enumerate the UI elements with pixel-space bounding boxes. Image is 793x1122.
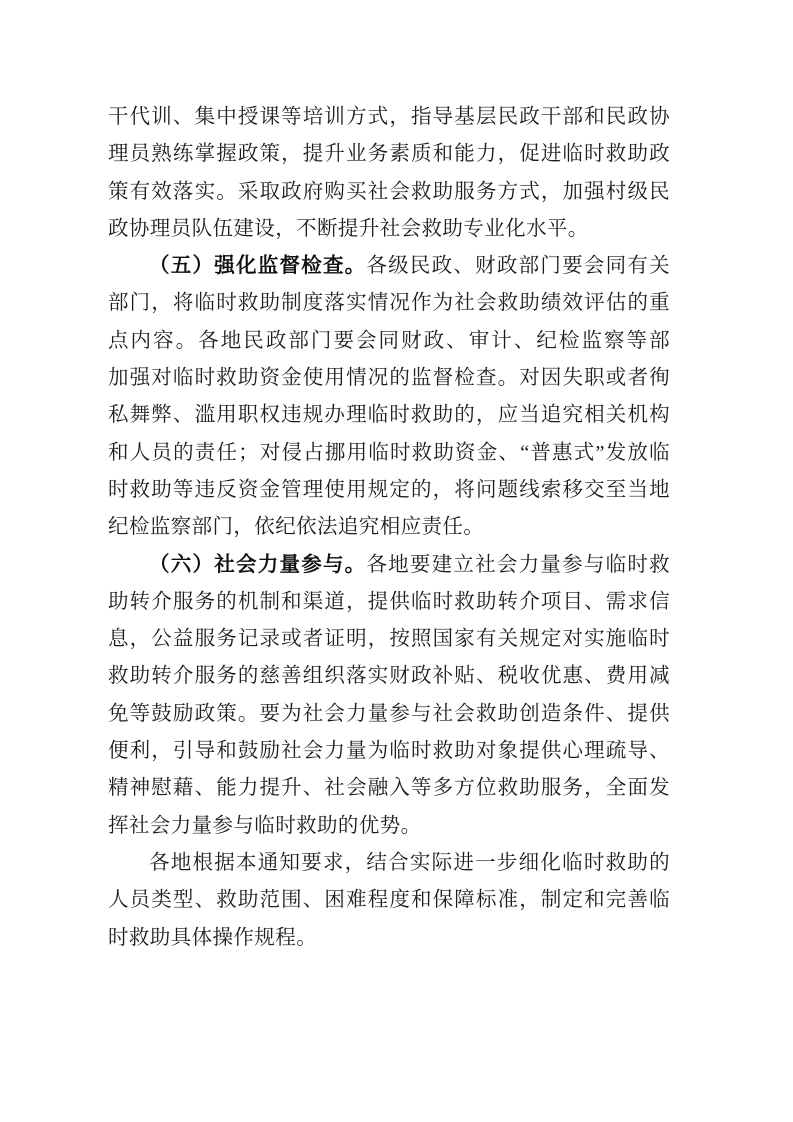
document-text-block: 干代训、集中授课等培训方式，指导基层民政干部和民政协理员熟练掌握政策，提升业务素… — [108, 99, 670, 957]
text-line: 理员熟练掌握政策，提升业务素质和能力，促进临时救助政 — [108, 136, 670, 173]
text-segment: 干代训、集中授课等培训方式，指导基层民政干部和民政协 — [108, 106, 670, 128]
text-segment: 精神慰藉、能力提升、社会融入等多方位救助服务，全面发 — [108, 777, 670, 799]
text-segment: 各地要建立社会力量参与临时救 — [366, 554, 670, 576]
text-segment: 部门，将临时救助制度落实情况作为社会救助绩效评估的重 — [108, 292, 670, 314]
text-segment: 纪检监察部门，依纪依法追究相应责任。 — [108, 516, 484, 538]
text-line: 助转介服务的机制和渠道，提供临时救助转介项目、需求信 — [108, 584, 670, 621]
text-segment: 各级民政、财政部门要会同有关 — [366, 255, 670, 277]
section-5-paragraph: （五）强化监督检查。各级民政、财政部门要会同有关部门，将临时救助制度落实情况作为… — [108, 248, 670, 546]
text-line: 时救助等违反资金管理使用规定的，将问题线索移交至当地 — [108, 472, 670, 509]
closing-paragraph: 各地根据本通知要求，结合实际进一步细化临时救助的人员类型、救助范围、困难程度和保… — [108, 845, 670, 957]
text-segment: 私舞弊、滥用职权违规办理临时救助的，应当追究相关机构 — [108, 404, 670, 426]
text-segment: 时救助具体操作规程。 — [108, 927, 317, 949]
text-line: 点内容。各地民政部门要会同财政、审计、纪检监察等部门， — [108, 323, 670, 360]
text-line: 私舞弊、滥用职权违规办理临时救助的，应当追究相关机构 — [108, 397, 670, 434]
text-segment: 救助转介服务的慈善组织落实财政补贴、税收优惠、费用减 — [108, 665, 670, 687]
document-page: 干代训、集中授课等培训方式，指导基层民政干部和民政协理员熟练掌握政策，提升业务素… — [0, 0, 793, 1122]
continuation-paragraph: 干代训、集中授课等培训方式，指导基层民政干部和民政协理员熟练掌握政策，提升业务素… — [108, 99, 670, 248]
text-line: 救助转介服务的慈善组织落实财政补贴、税收优惠、费用减 — [108, 658, 670, 695]
text-segment: 各地根据本通知要求，结合实际进一步细化临时救助的 — [149, 852, 670, 874]
text-line: 各地根据本通知要求，结合实际进一步细化临时救助的 — [108, 845, 670, 882]
text-line: 加强对临时救助资金使用情况的监督检查。对因失职或者徇 — [108, 360, 670, 397]
text-segment: 政协理员队伍建设，不断提升社会救助专业化水平。 — [108, 218, 589, 240]
text-segment: 息，公益服务记录或者证明，按照国家有关规定对实施临时 — [108, 628, 670, 650]
text-segment: 时救助等违反资金管理使用规定的，将问题线索移交至当地 — [108, 479, 670, 501]
text-segment: 策有效落实。采取政府购买社会救助服务方式，加强村级民 — [108, 181, 670, 203]
section-heading: （五）强化监督检查。 — [149, 255, 366, 277]
section-heading: （六）社会力量参与。 — [149, 554, 366, 576]
text-line: 便利，引导和鼓励社会力量为临时救助对象提供心理疏导、 — [108, 733, 670, 770]
text-segment: 挥社会力量参与临时救助的优势。 — [108, 815, 422, 837]
text-line: 息，公益服务记录或者证明，按照国家有关规定对实施临时 — [108, 621, 670, 658]
text-line: 策有效落实。采取政府购买社会救助服务方式，加强村级民 — [108, 174, 670, 211]
section-6-paragraph: （六）社会力量参与。各地要建立社会力量参与临时救助转介服务的机制和渠道，提供临时… — [108, 547, 670, 845]
text-line: 免等鼓励政策。要为社会力量参与社会救助创造条件、提供 — [108, 696, 670, 733]
text-segment: 助转介服务的机制和渠道，提供临时救助转介项目、需求信 — [108, 591, 670, 613]
text-line: （五）强化监督检查。各级民政、财政部门要会同有关 — [108, 248, 670, 285]
text-line: 干代训、集中授课等培训方式，指导基层民政干部和民政协 — [108, 99, 670, 136]
text-line: 纪检监察部门，依纪依法追究相应责任。 — [108, 509, 670, 546]
text-segment: 便利，引导和鼓励社会力量为临时救助对象提供心理疏导、 — [108, 740, 670, 762]
text-line: 精神慰藉、能力提升、社会融入等多方位救助服务，全面发 — [108, 770, 670, 807]
text-segment: 人员类型、救助范围、困难程度和保障标准，制定和完善临 — [108, 889, 670, 911]
text-segment: 理员熟练掌握政策，提升业务素质和能力，促进临时救助政 — [108, 143, 670, 165]
text-segment: 和人员的责任；对侵占挪用临时救助资金、“普惠式”发放临 — [108, 442, 670, 464]
text-line: 人员类型、救助范围、困难程度和保障标准，制定和完善临 — [108, 882, 670, 919]
text-line: 部门，将临时救助制度落实情况作为社会救助绩效评估的重 — [108, 285, 670, 322]
text-segment: 免等鼓励政策。要为社会力量参与社会救助创造条件、提供 — [108, 703, 670, 725]
text-line: 政协理员队伍建设，不断提升社会救助专业化水平。 — [108, 211, 670, 248]
text-segment: 加强对临时救助资金使用情况的监督检查。对因失职或者徇 — [108, 367, 670, 389]
text-line: 时救助具体操作规程。 — [108, 920, 670, 957]
text-segment: 点内容。各地民政部门要会同财政、审计、纪检监察等部门， — [108, 330, 670, 360]
text-line: 和人员的责任；对侵占挪用临时救助资金、“普惠式”发放临 — [108, 435, 670, 472]
text-line: 挥社会力量参与临时救助的优势。 — [108, 808, 670, 845]
text-line: （六）社会力量参与。各地要建立社会力量参与临时救 — [108, 547, 670, 584]
